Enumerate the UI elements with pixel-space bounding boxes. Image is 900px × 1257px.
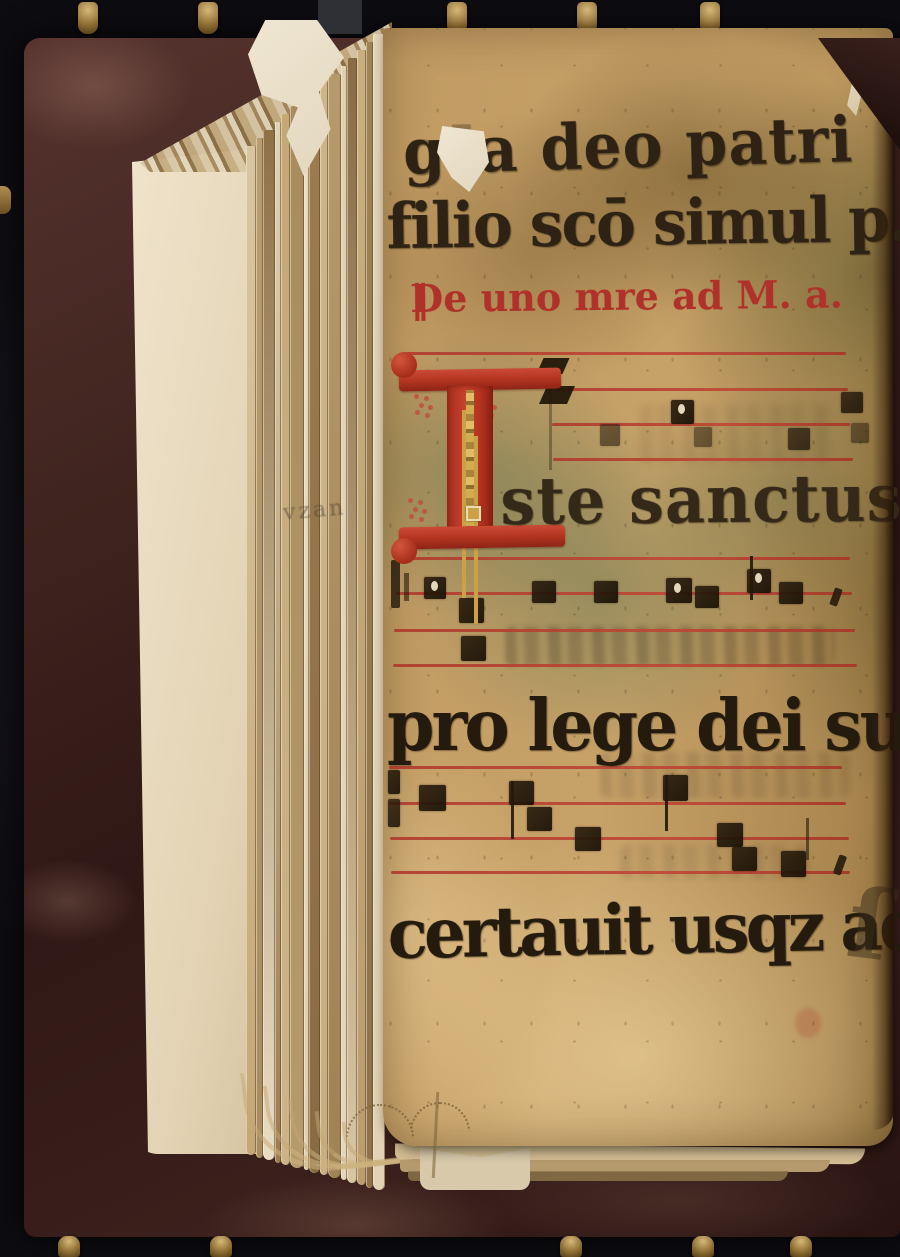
neume-note — [388, 770, 400, 794]
note-stem — [511, 781, 514, 839]
chant-text-line-1: ste sanctus — [500, 459, 900, 539]
red-dot-cluster — [408, 498, 413, 503]
chant-text-line-2: pro lege dei sui — [387, 684, 900, 768]
text-line-doxology-2: filio scō simul p. — [386, 183, 900, 264]
gold-ornament-square — [466, 506, 481, 521]
manuscript-photo: gra deo patricū filio scō simul p. ‖De u… — [0, 0, 900, 1257]
neume-note — [388, 799, 400, 827]
fore-edge-shadow — [872, 120, 894, 1130]
red-ink-smudge — [795, 1008, 821, 1038]
neume-note — [781, 851, 806, 877]
staff-line — [390, 837, 849, 840]
staff-line — [389, 802, 846, 805]
neume-note — [419, 785, 446, 811]
note-stem — [806, 818, 809, 860]
neume-note — [717, 823, 743, 847]
chant-text-line-3: certauit usqz ad — [387, 884, 900, 975]
neume-note — [732, 847, 757, 871]
neume-note — [527, 807, 552, 831]
initial-top-bulb — [391, 352, 417, 378]
neume-note — [575, 827, 601, 851]
initial-bottom-bulb — [391, 538, 417, 564]
rubric-text: De uno mre ad M. a. — [410, 271, 843, 321]
note-stem — [665, 775, 668, 831]
red-dot-cluster — [414, 394, 419, 399]
